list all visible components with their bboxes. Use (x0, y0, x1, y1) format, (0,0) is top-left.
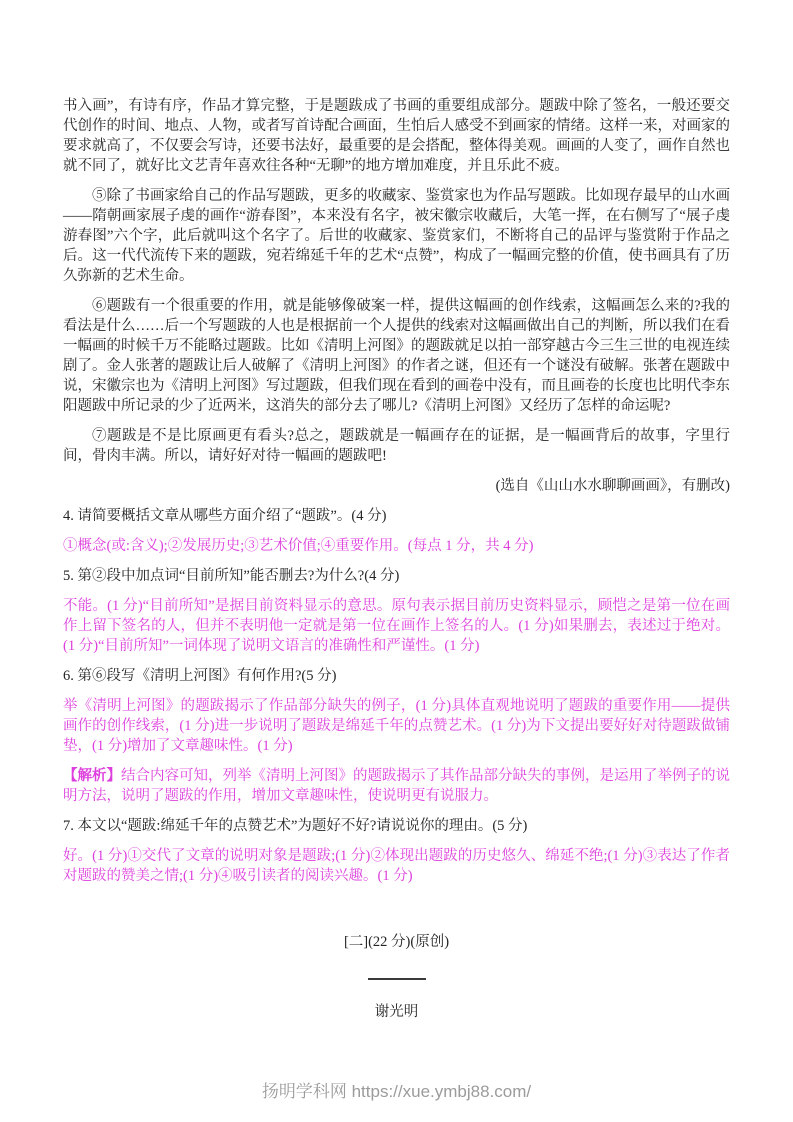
source-attribution: (选自《山山水水聊聊画画》，有删改) (63, 476, 730, 496)
answer-7: 好。(1 分)①交代了文章的说明对象是题跋;(1 分)②体现出题跋的历史悠久、绵… (63, 846, 730, 886)
question-6: 6. 第⑥段写《清明上河图》有何作用?(5 分) (63, 666, 730, 686)
watermark-link[interactable]: 扬明学科网 https://xue.ymbj88.com/ (262, 1082, 531, 1101)
question-4: 4. 请简要概括文章从哪些方面介绍了“题跋”。(4 分) (63, 506, 730, 526)
section-divider (368, 978, 426, 980)
question-5: 5. 第②段中加点词“目前所知”能否删去?为什么?(4 分) (63, 566, 730, 586)
author-name: 谢光明 (63, 1002, 730, 1022)
body-paragraph-5: ⑤除了书画家给自己的作品写题跋，更多的收藏家、鉴赏家也为作品写题跋。比如现存最早… (63, 186, 730, 286)
site-watermark: 扬明学科网 https://xue.ymbj88.com/ (0, 1082, 793, 1102)
answer-5: 不能。(1 分)“目前所知”是据目前资料显示的意思。原句表示据目前历史资料显示，… (63, 596, 730, 656)
body-paragraph-7: ⑦题跋是不是比原画更有看头?总之，题跋就是一幅画存在的证据，是一幅画背后的故事，… (63, 426, 730, 466)
next-section-header: [二](22 分)(原创) (63, 932, 730, 952)
exam-page: 书入画”，有诗有序，作品才算完整，于是题跋成了书画的重要组成部分。题跋中除了签名… (0, 0, 793, 1122)
answer-6: 举《清明上河图》的题跋揭示了作品部分缺失的例子，(1 分)具体直观地说明了题跋的… (63, 696, 730, 756)
answer-4: ①概念(或:含义);②发展历史;③艺术价值;④重要作用。(每点 1 分，共 4 … (63, 536, 730, 556)
body-paragraph-6: ⑥题跋有一个很重要的作用，就是能够像破案一样，提供这幅画的创作线索，这幅画怎么来… (63, 296, 730, 416)
analysis-label: 【解析】 (63, 768, 121, 784)
body-paragraph-continuation: 书入画”，有诗有序，作品才算完整，于是题跋成了书画的重要组成部分。题跋中除了签名… (63, 96, 730, 176)
analysis-text: 结合内容可知，列举《清明上河图》的题跋揭示了其作品部分缺失的事例，是运用了举例子… (63, 768, 730, 804)
analysis-6: 【解析】结合内容可知，列举《清明上河图》的题跋揭示了其作品部分缺失的事例，是运用… (63, 766, 730, 806)
question-7: 7. 本文以“题跋:绵延千年的点赞艺术”为题好不好?请说说你的理由。(5 分) (63, 816, 730, 836)
